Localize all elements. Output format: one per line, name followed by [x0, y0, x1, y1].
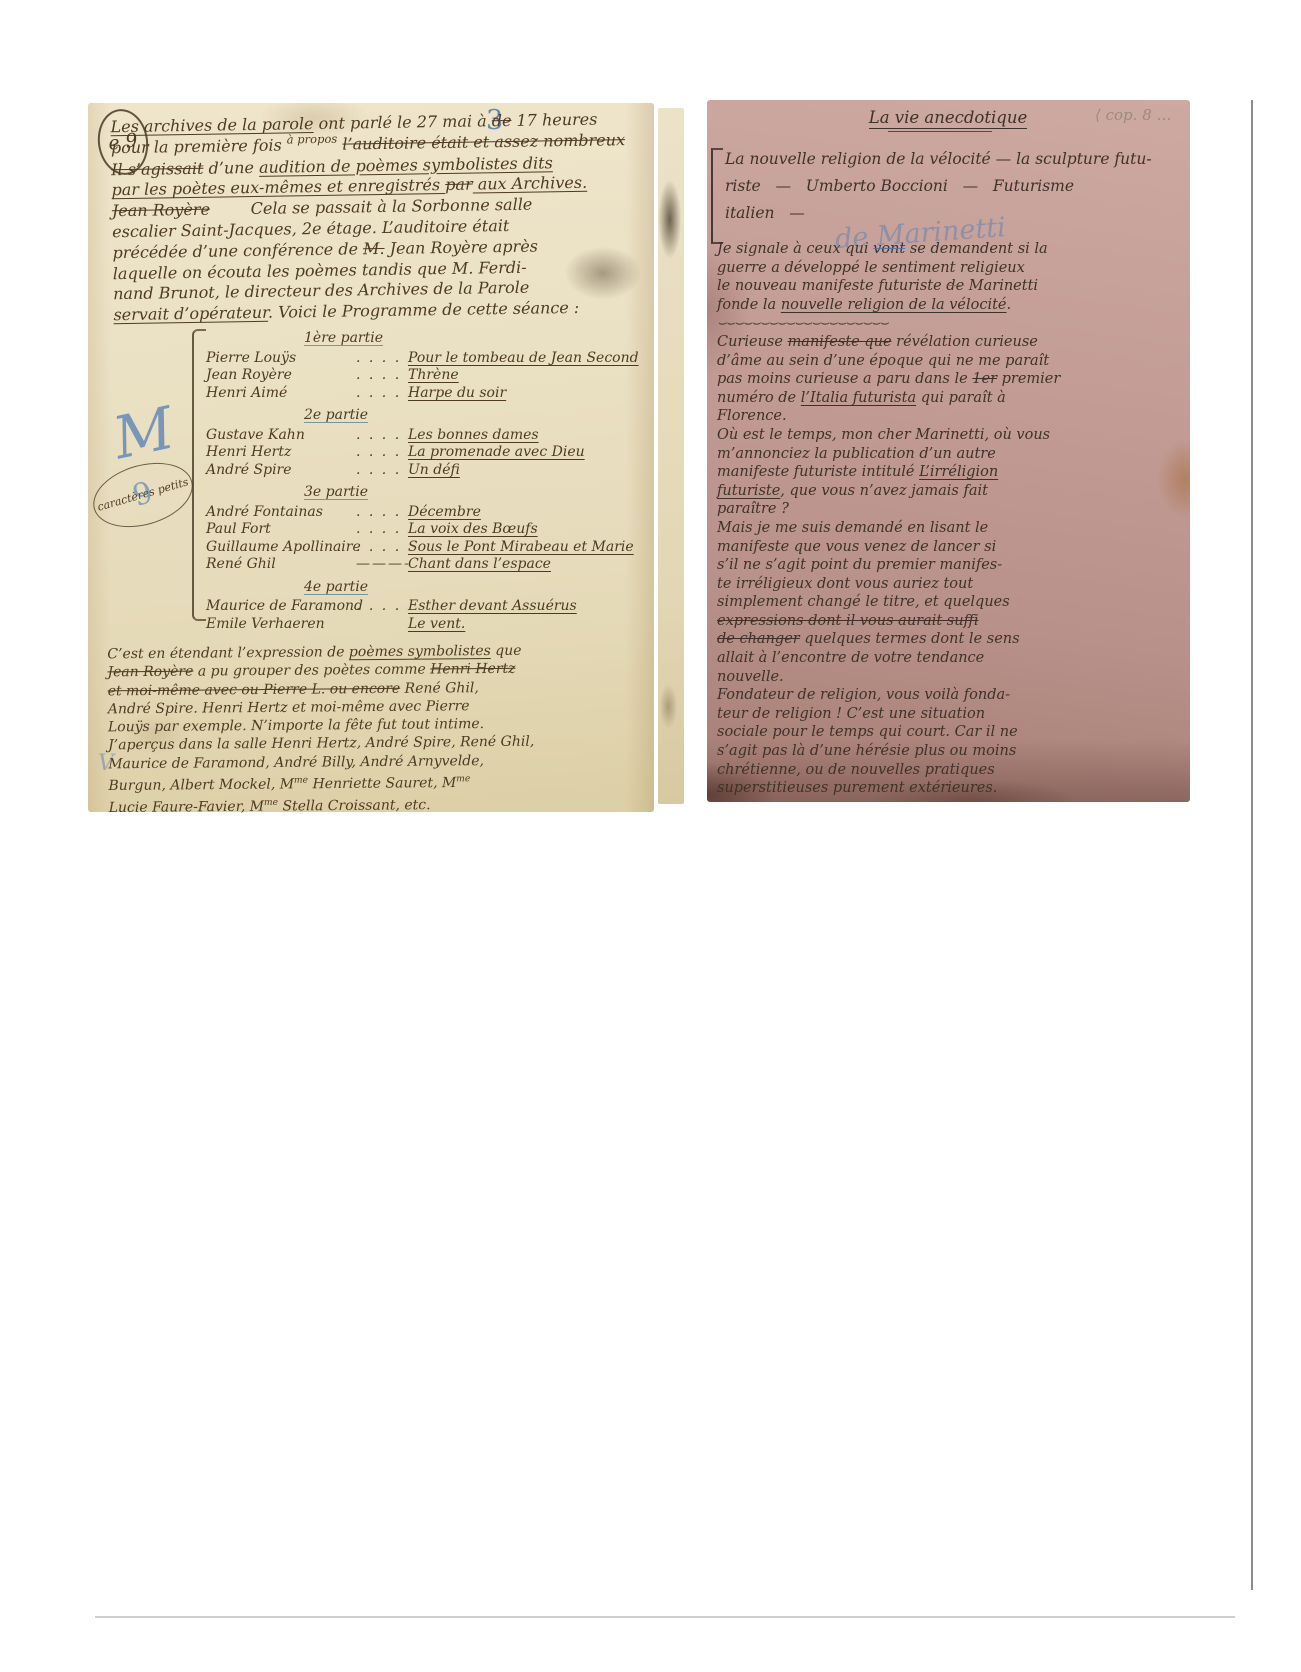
manuscript-text: Fondateur de religion, vous voilà fonda-	[717, 687, 1010, 703]
manuscript-text: Les bonnes dames	[408, 427, 539, 443]
manuscript-line: Paul Fort. . . . . . .La voix des Bœufs	[206, 521, 646, 539]
manuscript-text: 1er	[972, 371, 997, 387]
manuscript-line: Mais je me suis demandé en lisant le	[717, 519, 1185, 538]
manuscript-text: . Voici le Programme de cette séance :	[268, 298, 580, 322]
manuscript-text: guerre a développé le sentiment religieu…	[717, 260, 1025, 276]
manuscript-text: poèmes symbolistes	[349, 643, 491, 660]
torn-page-edge-strip	[658, 108, 684, 804]
manuscript-text: . . . . .	[356, 539, 408, 557]
manuscript-line: pas moins curieuse a paru dans le 1er pr…	[717, 370, 1185, 389]
manuscript-text: de	[946, 278, 964, 294]
manuscript-text: Décembre	[408, 504, 481, 520]
manuscript-line: 2e partie	[304, 407, 646, 425]
manuscript-text: Emile Verhaeren	[206, 616, 356, 634]
manuscript-text: J’aperçus dans la salle Henri Hertz, And…	[108, 734, 534, 754]
manuscript-line: chrétienne, ou de nouvelles pratiques	[717, 761, 1185, 780]
manuscript-text: Marinetti	[964, 278, 1038, 294]
manuscript-text: Burgun, Albert Mockel, M	[108, 776, 294, 794]
manuscript-text: 17 heures	[511, 110, 597, 130]
manuscript-text: à propos	[287, 132, 338, 147]
manuscript-line: Jean Royère. . . . . . .Thrène	[206, 367, 646, 385]
manuscript-text: Lucie Faure-Favier, M	[109, 799, 265, 816]
manuscript-text: me	[264, 798, 278, 808]
manuscript-text: Louÿs par exemple. N’importe la fête fut…	[108, 716, 484, 735]
manuscript-text: 3e partie	[304, 484, 368, 500]
manuscript-text: servait d’opérateur	[113, 303, 268, 324]
manuscript-text: ⌣⌣⌣⌣⌣⌣⌣⌣⌣⌣⌣⌣⌣⌣⌣⌣⌣⌣⌣⌣	[717, 315, 888, 331]
manuscript-line: Henri Aimé. . . . . . . .Harpe du soir	[206, 385, 646, 403]
manuscript-text: Pour le tombeau de Jean Second	[408, 350, 639, 366]
manuscript-text: Où est le temps, mon cher Marinetti, où …	[717, 427, 1050, 443]
manuscript-text: premier	[997, 371, 1060, 387]
manuscript-text: révélation curieuse	[892, 334, 1038, 350]
manuscript-text: . . . . . . .	[356, 521, 408, 539]
header-bracket	[711, 148, 723, 244]
manuscript-text: et moi-même avec ou Pierre L. ou encore	[108, 680, 401, 699]
manuscript-text: l’Italia futurista	[801, 390, 916, 406]
manuscript-text: nouvelle religion de la vélocité	[781, 297, 1007, 313]
margin-note-circle: 9 caractères petits	[86, 452, 201, 538]
blue-margin-scribble: M	[108, 394, 180, 473]
manuscript-text: teur de religion ! C’est une situation	[717, 706, 985, 722]
manuscript-text: pas moins curieuse a paru dans le	[717, 371, 972, 387]
closing-block: C’est en étendant l’expression de poèmes…	[107, 641, 648, 818]
manuscript-line: d’âme au sein d’une époque qui ne me par…	[717, 352, 1185, 371]
manuscript-text: 1ère partie	[304, 330, 383, 346]
manuscript-line: René Ghil————Chant dans l’espace	[206, 556, 646, 574]
manuscript-text: m’annonciez la publication d’un autre	[717, 446, 996, 462]
manuscript-line: guerre a développé le sentiment religieu…	[717, 259, 1185, 278]
manuscript-text: . . . . . . .	[356, 444, 408, 462]
manuscript-text: pour la première fois	[111, 135, 287, 157]
manuscript-text: me	[294, 776, 308, 786]
manuscript-text: Henri Hertz	[430, 661, 515, 678]
manuscript-text: Paul Fort	[206, 521, 356, 539]
manuscript-text: nouvelle.	[717, 669, 784, 685]
manuscript-text: Les archives de la parole	[110, 114, 313, 136]
manuscript-text: André Spire	[206, 462, 356, 480]
manuscript-text: sociale pour le temps qui court. Car il …	[717, 724, 1018, 740]
manuscript-line: s’il ne s’agit point du premier manifes-	[717, 556, 1185, 575]
manuscript-text: superstitieuses purement extérieures.	[717, 780, 997, 796]
manuscript-text: Jean Royère	[206, 367, 356, 385]
body-block: Je signale à ceux qui vont se demandent …	[717, 240, 1185, 798]
manuscript-line: Emile VerhaerenLe vent.	[206, 616, 646, 634]
manuscript-line: Maurice de Faramond. . . .Esther devant …	[206, 598, 646, 616]
manuscript-text: Jean Royère	[112, 200, 210, 221]
manuscript-line: ⌣⌣⌣⌣⌣⌣⌣⌣⌣⌣⌣⌣⌣⌣⌣⌣⌣⌣⌣⌣	[717, 314, 1185, 333]
manuscript-text: le nouveau manifeste futuriste	[717, 278, 946, 294]
manuscript-text: Guillaume Apollinaire	[206, 539, 356, 557]
manuscript-line: futuriste, que vous n’avez jamais fait	[717, 482, 1185, 501]
manuscript-text: La nouvelle religion de la vélocité — la…	[725, 150, 1152, 168]
manuscript-text: 2e partie	[304, 407, 368, 423]
manuscript-text: Sous le Pont Mirabeau et Marie	[408, 539, 634, 555]
manuscript-line: Henri Hertz. . . . . . .La promenade ave…	[206, 444, 646, 462]
manuscript-text: quelques termes dont le sens	[800, 631, 1020, 647]
manuscript-line: numéro de l’Italia futurista qui paraît …	[717, 389, 1185, 408]
manuscript-text: La promenade avec Dieu	[408, 444, 585, 460]
manuscript-text: s’agit pas là d’une hérésie plus ou moin…	[717, 743, 1016, 759]
manuscript-text: Le vent.	[408, 616, 465, 632]
manuscript-line: fonde la nouvelle religion de la vélocit…	[717, 296, 1185, 315]
manuscript-text: L’irréligion	[919, 464, 998, 480]
manuscript-text: , que vous n’avez jamais fait	[780, 483, 988, 499]
manuscript-line: m’annonciez la publication d’un autre	[717, 445, 1185, 464]
manuscript-line: La nouvelle religion de la vélocité — la…	[725, 146, 1185, 173]
manuscript-text: .	[1007, 297, 1012, 313]
manuscript-text: italien —	[725, 204, 805, 222]
manuscript-line: Pierre Louÿs. . . . . . . .Pour le tombe…	[206, 350, 646, 368]
manuscript-text: . . . . . . . .	[356, 462, 408, 480]
manuscript-text: Curieuse	[717, 334, 788, 350]
manuscript-text: d’une	[203, 158, 259, 178]
manuscript-text: aux Archives.	[473, 173, 588, 194]
intro-block: Les archives de la parole ont parlé le 2…	[110, 109, 651, 326]
manuscript-text: numéro de	[717, 390, 801, 406]
manuscript-text: simplement changé le titre, et quelques	[717, 594, 1010, 610]
manuscript-text: Henriette Sauret, M	[308, 775, 456, 792]
manuscript-line: paraître ?	[717, 500, 1185, 519]
program-bracket	[192, 329, 206, 621]
manuscript-text: Cela se passait à la Sorbonne salle	[210, 195, 533, 219]
manuscript-text: Thrène	[408, 367, 459, 383]
manuscript-text: de	[492, 111, 512, 130]
manuscript-text: Henri Aimé	[206, 385, 356, 403]
manuscript-line: Guillaume Apollinaire. . . . .Sous le Po…	[206, 539, 646, 557]
manuscript-line: Je signale à ceux qui vont se demandent …	[717, 240, 1185, 259]
manuscript-text: se demandent si la	[905, 241, 1047, 257]
manuscript-text: me	[456, 774, 470, 784]
manuscript-text: allait à l’encontre de votre tendance	[717, 650, 984, 666]
manuscript-text: C’est en étendant l’expression de	[107, 644, 349, 662]
manuscript-text: riste — Umberto Boccioni — Futurisme	[725, 177, 1074, 195]
manuscript-line: 3e partie	[304, 484, 646, 502]
manuscript-text: manifeste que vous venez de lancer si	[717, 539, 996, 555]
manuscript-text: André Spire. Henri Hertz et moi-même ave…	[108, 698, 470, 717]
manuscript-text: que	[491, 643, 522, 659]
manuscript-text: de changer	[717, 631, 800, 647]
manuscript-text: Henri Hertz	[206, 444, 356, 462]
manuscript-text: ————	[356, 556, 408, 574]
manuscript-text: . . . . . . . .	[356, 385, 408, 403]
manuscript-text: qui paraît à	[916, 390, 1006, 406]
manuscript-line: 4e partie	[304, 579, 646, 597]
manuscript-text: . . . . . . .	[356, 427, 408, 445]
manuscript-line: riste — Umberto Boccioni — Futurisme	[725, 173, 1185, 200]
manuscript-text: Pierre Louÿs	[206, 350, 356, 368]
manuscript-line: Gustave Kahn. . . . . . .Les bonnes dame…	[206, 427, 646, 445]
title-block: La vie anecdotique	[803, 108, 1093, 129]
manuscript-text: par	[445, 175, 473, 194]
manuscript-text: . . . . . . .	[356, 504, 408, 522]
manuscript-text: ont parlé le 27 mai à	[313, 111, 492, 133]
manuscript-text: l’auditoire était et assez nombreux	[342, 130, 625, 153]
manuscript-text: Esther devant Assuérus	[408, 598, 577, 614]
manuscript-line: Où est le temps, mon cher Marinetti, où …	[717, 426, 1185, 445]
horizontal-rule	[95, 1616, 1235, 1618]
manuscript-line: André Fontainas. . . . . . .Décembre	[206, 504, 646, 522]
manuscript-text: te irréligieux dont vous auriez tout	[717, 576, 973, 592]
manuscript-line: te irréligieux dont vous auriez tout	[717, 575, 1185, 594]
manuscript-text: manifeste que	[788, 334, 892, 350]
manuscript-text: Maurice de Faramond, André Billy, André …	[108, 753, 484, 772]
manuscript-line: Lucie Faure-Favier, Mme Stella Croissant…	[109, 791, 649, 818]
manuscript-text: La voix des Bœufs	[408, 521, 538, 537]
manuscript-line: superstitieuses purement extérieures.	[717, 779, 1185, 798]
manuscript-line: s’agit pas là d’une hérésie plus ou moin…	[717, 742, 1185, 761]
manuscript-text: . . . .	[356, 598, 408, 616]
manuscript-line: simplement changé le titre, et quelques	[717, 593, 1185, 612]
manuscript-line: de changer quelques termes dont le sens	[717, 630, 1185, 649]
manuscript-text: . . . . . . .	[356, 367, 408, 385]
manuscript-text: Il s’agissait	[111, 158, 204, 178]
blue-overwrite-mark: 9	[132, 487, 154, 504]
vertical-rule	[1251, 100, 1253, 1590]
left-manuscript-page: e 9 3 Les archives de la parole ont parl…	[88, 103, 654, 812]
manuscript-text: Stella Croissant, etc.	[278, 797, 431, 814]
manuscript-text: audition de poèmes symbolistes dits	[259, 153, 553, 177]
manuscript-text: Jean Royère après	[384, 236, 538, 257]
manuscript-text: paraître ?	[717, 501, 789, 517]
manuscript-line: le nouveau manifeste futuriste de Marine…	[717, 277, 1185, 296]
manuscript-line: expressions dont il vous aurait suffi	[717, 612, 1185, 631]
manuscript-line: André Spire. . . . . . . .Un défi	[206, 462, 646, 480]
manuscript-text: André Fontainas	[206, 504, 356, 522]
program-block: 1ère partiePierre Louÿs. . . . . . . .Po…	[206, 325, 646, 633]
manuscript-line: Florence.	[717, 407, 1185, 426]
manuscript-text: Je signale à ceux qui	[717, 241, 873, 257]
manuscript-line: teur de religion ! C’est une situation	[717, 705, 1185, 724]
manuscript-line: sociale pour le temps qui court. Car il …	[717, 723, 1185, 742]
page-title: La vie anecdotique	[869, 108, 1027, 129]
pencil-date-note: ⟨ cop. 8 …	[1095, 106, 1172, 124]
manuscript-text: Maurice de Faramond	[206, 598, 356, 616]
manuscript-text: Gustave Kahn	[206, 427, 356, 445]
manuscript-text: 4e partie	[304, 579, 368, 595]
manuscript-text: René Ghil,	[400, 680, 479, 697]
manuscript-text: a pu grouper des poètes comme	[193, 662, 430, 680]
blue-bottom-mark: V	[98, 751, 114, 776]
manuscript-line: manifeste futuriste intitulé L’irréligio…	[717, 463, 1185, 482]
manuscript-text: Mais je me suis demandé en lisant le	[717, 520, 988, 536]
right-manuscript-page: La vie anecdotique ⟨ cop. 8 … La nouvell…	[707, 100, 1190, 802]
manuscript-text: expressions dont il vous aurait suffi	[717, 613, 979, 629]
manuscript-text: vont	[873, 241, 905, 257]
manuscript-text: chrétienne, ou de nouvelles pratiques	[717, 762, 995, 778]
manuscript-text: précédée d’une conférence de	[112, 239, 363, 262]
manuscript-line: allait à l’encontre de votre tendance	[717, 649, 1185, 668]
manuscript-text: d’âme au sein d’une époque qui ne me par…	[717, 353, 1049, 369]
scanned-sheet: e 9 3 Les archives de la parole ont parl…	[0, 0, 1301, 1672]
manuscript-text: fonde la	[717, 297, 781, 313]
manuscript-text: Florence.	[717, 408, 787, 424]
manuscript-text: Chant dans l’espace	[408, 556, 551, 572]
manuscript-line: 1ère partie	[304, 330, 646, 348]
manuscript-text: René Ghil	[206, 556, 356, 574]
manuscript-text: Un défi	[408, 462, 460, 478]
manuscript-text: futuriste	[717, 483, 780, 499]
manuscript-text: Harpe du soir	[408, 385, 506, 401]
manuscript-text: M.	[363, 239, 385, 258]
manuscript-text: s’il ne s’agit point du premier manifes-	[717, 557, 1002, 573]
manuscript-line: Fondateur de religion, vous voilà fonda-	[717, 686, 1185, 705]
manuscript-line: nouvelle.	[717, 668, 1185, 687]
manuscript-text: . . . . . . . .	[356, 350, 408, 368]
manuscript-line: Curieuse manifeste que révélation curieu…	[717, 333, 1185, 352]
manuscript-text: Jean Royère	[107, 664, 193, 681]
manuscript-text: manifeste futuriste intitulé	[717, 464, 919, 480]
manuscript-line: manifeste que vous venez de lancer si	[717, 538, 1185, 557]
